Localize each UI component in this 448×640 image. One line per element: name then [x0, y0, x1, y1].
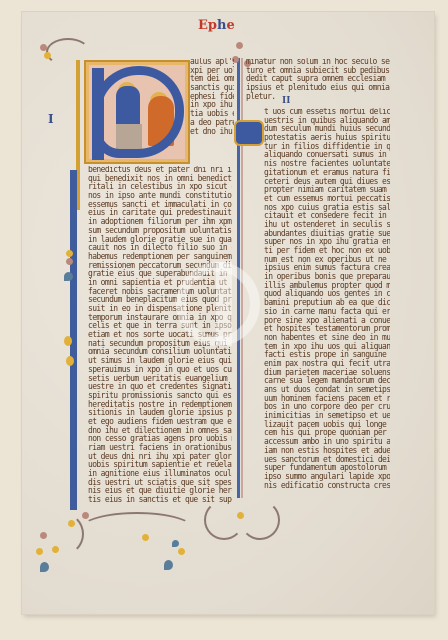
initial-bowl [92, 66, 184, 158]
blue-leaf-icon [172, 540, 179, 547]
chapter-initial-e [234, 120, 264, 146]
gold-bud-icon [178, 548, 185, 555]
vine-scroll-center-left [204, 500, 244, 540]
blue-leaf-icon [64, 272, 73, 281]
gold-leaf-icon [66, 356, 74, 366]
flower-bud-icon [40, 532, 47, 539]
historiated-initial-p [84, 60, 190, 164]
running-head-red: Ep [198, 18, 217, 33]
chapter-number-marker: II [282, 96, 290, 106]
gold-bud-icon [68, 520, 75, 527]
running-head: Ephe [198, 18, 235, 33]
gold-bud-icon [36, 548, 43, 555]
gold-bud-icon [237, 512, 244, 519]
flower-bud-icon [40, 44, 47, 51]
gold-bud-icon [66, 250, 73, 257]
running-head-red-2: e [226, 18, 234, 33]
vine-scroll-top-left [46, 38, 90, 66]
margin-marker: I [48, 112, 54, 126]
initial-stem [92, 68, 104, 160]
text-beside-initial: aulus apl's ihu xpi per uolunta tem dei … [190, 58, 234, 168]
vine-scroll-center-right [240, 500, 280, 540]
blue-leaf-icon [164, 560, 173, 570]
right-text-top: minatur non solum in hoc seculo sed etia… [246, 58, 390, 104]
watermark-logo [176, 262, 260, 346]
blue-leaf-icon [40, 562, 49, 572]
gold-leaf-icon [64, 336, 72, 346]
flower-bud-icon [236, 42, 243, 49]
right-text-column: t uos cum essetis mortui delictis et pec… [264, 108, 390, 506]
gold-bud-icon [44, 52, 51, 59]
gold-bud-icon [52, 546, 59, 553]
gold-bud-icon [142, 534, 149, 541]
flower-bud-icon [82, 512, 89, 519]
flower-bud-icon [66, 258, 73, 265]
